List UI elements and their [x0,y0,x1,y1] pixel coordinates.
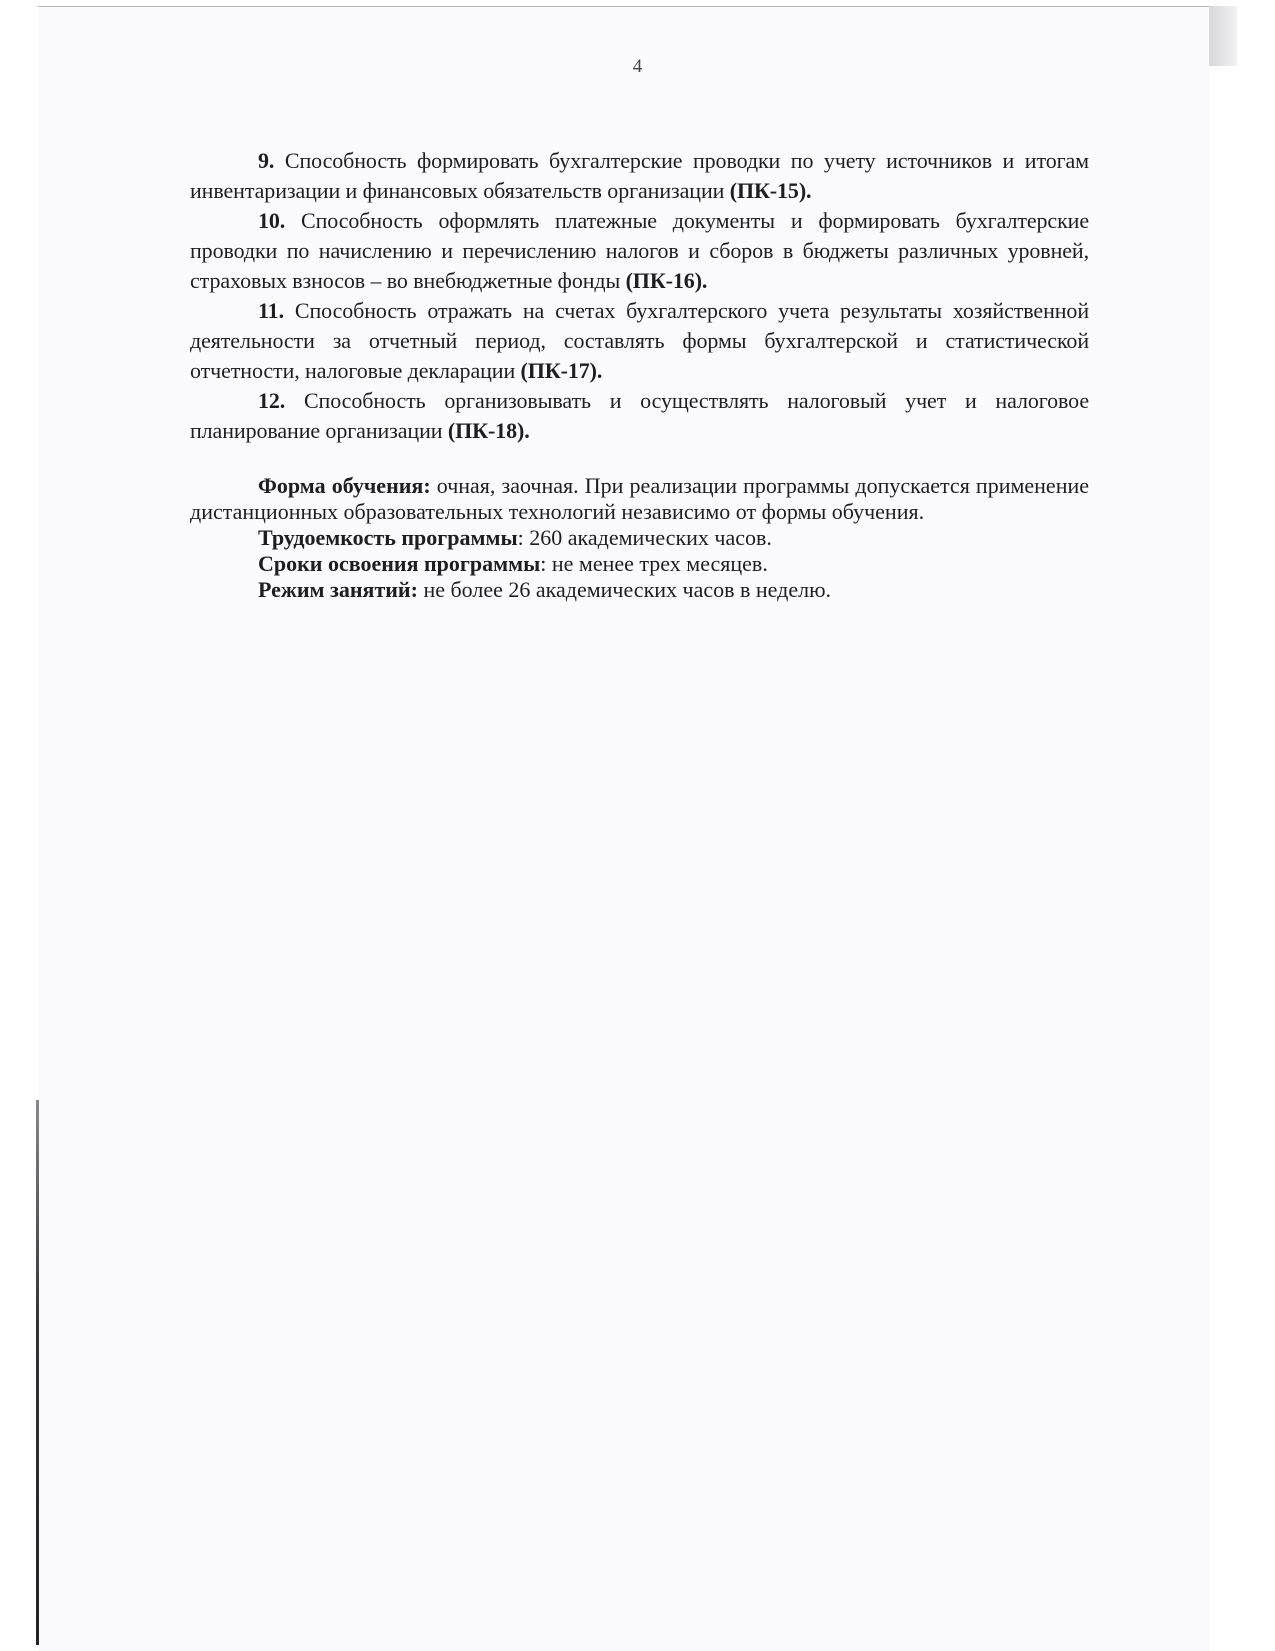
competency-item: 11. Способность отражать на счетах бухга… [190,296,1089,386]
program-info: Форма обучения: очная, заочная. При реал… [190,473,1089,603]
scan-edge-shadow [36,1100,39,1645]
workload-value: : 260 академических часов. [518,525,772,550]
page-number: 4 [0,56,1275,78]
schedule-label: Режим занятий: [258,577,418,602]
study-form: Форма обучения: очная, заочная. При реал… [190,473,1089,525]
competency-text: Способность организовывать и осуществлят… [190,388,1089,443]
competency-text: Способность формировать бухгалтерские пр… [190,148,1089,203]
competency-number: 10. [258,208,285,233]
competency-item: 9. Способность формировать бухгалтерские… [190,146,1089,206]
competency-item: 12. Способность организовывать и осущест… [190,386,1089,446]
program-workload: Трудоемкость программы: 260 академически… [190,525,1089,551]
competency-item: 10. Способность оформлять платежные доку… [190,206,1089,296]
study-form-label: Форма обучения: [258,473,431,498]
competency-number: 9. [258,148,274,173]
competency-code: (ПК-18). [448,418,530,443]
workload-label: Трудоемкость программы [258,525,518,550]
competency-list: 9. Способность формировать бухгалтерские… [190,146,1089,446]
competency-code: (ПК-15). [730,178,812,203]
competency-code: (ПК-17). [521,358,603,383]
duration-label: Сроки освоения программы [258,551,540,576]
schedule-value: не более 26 академических часов в неделю… [418,577,831,602]
program-duration: Сроки освоения программы: не менее трех … [190,551,1089,577]
competency-number: 11. [258,298,284,323]
competency-code: (ПК-16). [626,268,708,293]
class-schedule: Режим занятий: не более 26 академических… [190,577,1089,603]
competency-text: Способность отражать на счетах бухгалтер… [190,298,1089,383]
duration-value: : не менее трех месяцев. [540,551,768,576]
competency-number: 12. [258,388,285,413]
